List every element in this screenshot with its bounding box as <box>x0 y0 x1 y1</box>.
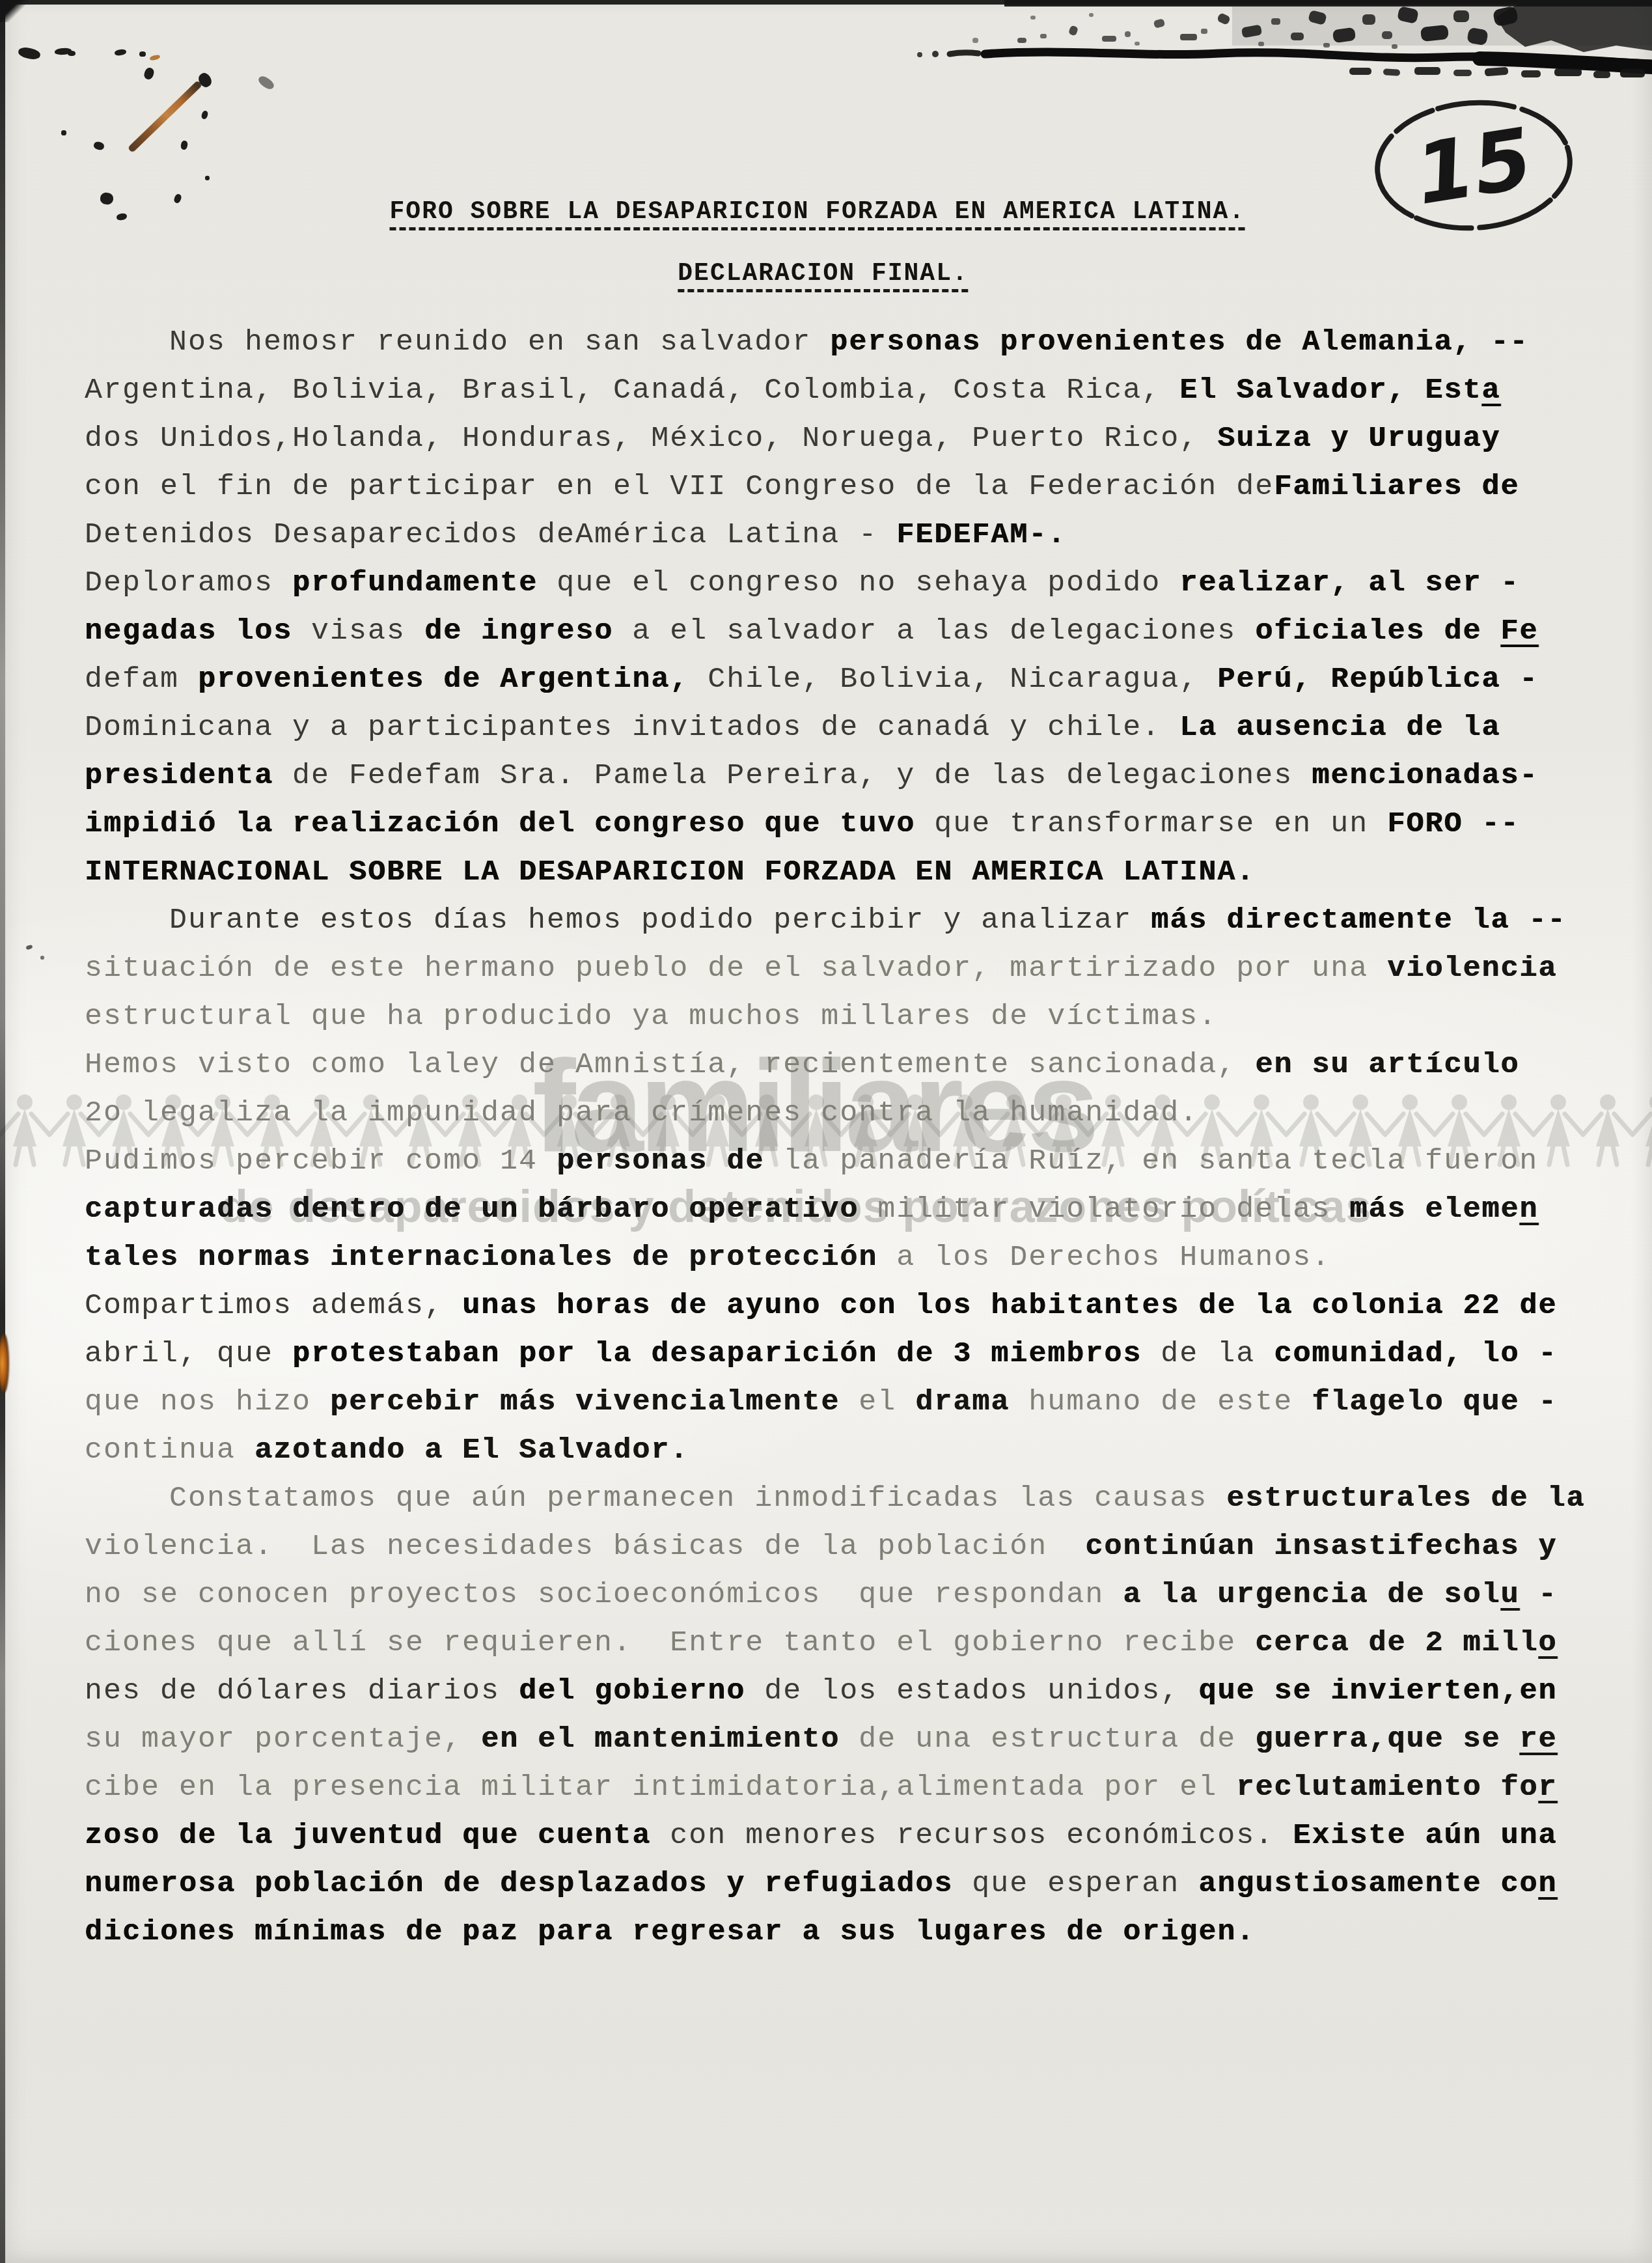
bold-text-segment: n <box>1519 1193 1538 1226</box>
page-number-circled: 15 <box>1353 86 1600 249</box>
document-line: defam provenientes de Argentina, Chile, … <box>85 656 1585 704</box>
text-segment: a el salvador a las delegaciones <box>613 615 1255 648</box>
document-line: Deploramos profundamente que el congreso… <box>85 559 1585 607</box>
ink-speck <box>139 51 146 57</box>
text-segment: Detenidos Desaparecidos deAmérica Latina… <box>85 518 896 551</box>
text-segment: ciones que allí se requieren. Entre tant… <box>85 1626 1255 1659</box>
text-segment: cibe en la presencia militar intimidator… <box>85 1771 1236 1804</box>
text-segment: abril, que <box>85 1337 292 1370</box>
document-line: situación de este hermano pueblo de el s… <box>85 945 1585 993</box>
document-subtitle: DECLARACION FINAL. <box>678 260 968 288</box>
bold-text-segment: más eleme <box>1349 1193 1519 1226</box>
bold-text-segment: re <box>1519 1723 1557 1756</box>
bold-text-segment: a la urgencia de sol <box>1123 1578 1500 1611</box>
text-segment: estructural que ha producido ya muchos m… <box>85 1000 1217 1033</box>
bold-text-segment: drama <box>915 1385 1010 1419</box>
document-line: nes de dólares diarios del gobierno de l… <box>85 1667 1585 1715</box>
bold-text-segment: zoso de la juventud que cuenta <box>85 1819 651 1852</box>
bold-text-segment: profundamente <box>292 566 538 600</box>
bold-text-segment: u <box>1500 1578 1519 1611</box>
document-line: Nos hemosr reunido en san salvador perso… <box>85 318 1585 367</box>
text-segment: que transformarse en un <box>915 807 1387 840</box>
document-line: su mayor porcentaje, en el mantenimiento… <box>85 1715 1585 1764</box>
text-segment: defam <box>85 663 198 696</box>
bold-text-segment: realizar, al ser - <box>1179 566 1519 600</box>
document-line: INTERNACIONAL SOBRE LA DESAPARICION FORZ… <box>85 848 1585 896</box>
bold-text-segment: FEDEFAM-. <box>896 518 1066 551</box>
text-segment: Dominicana y a participantes invitados d… <box>85 711 1179 744</box>
bold-text-segment: Familiares de <box>1274 470 1519 503</box>
scan-edge-left <box>0 0 5 2263</box>
text-segment: que nos hizo <box>85 1385 330 1419</box>
text-segment: violencia. Las necesidades básicas de la… <box>85 1530 1085 1563</box>
text-segment: Pudimos percebir como 14 <box>85 1145 557 1178</box>
text-segment: Hemos visto como laley de Amnistía, reci… <box>85 1048 1255 1081</box>
text-segment: visas <box>292 615 424 648</box>
document-line: Hemos visto como laley de Amnistía, reci… <box>85 1041 1585 1089</box>
text-segment: dos Unidos,Holanda, Honduras, México, No… <box>85 422 1217 455</box>
bold-text-segment: unas horas de ayuno con los habitantes d… <box>462 1289 1557 1322</box>
scan-corner-wedge <box>0 0 30 22</box>
bold-text-segment: oficiales de <box>1255 615 1500 648</box>
bold-text-segment: que se invierten,en <box>1198 1674 1557 1708</box>
document-title: FORO SOBRE LA DESAPARICION FORZADA EN AM… <box>390 198 1246 226</box>
bold-text-segment: personas de <box>557 1145 764 1178</box>
bold-text-segment: guerra,que se <box>1255 1723 1519 1756</box>
ink-speck <box>40 956 44 960</box>
document-line: Argentina, Bolivia, Brasil, Canadá, Colo… <box>85 367 1585 415</box>
text-segment: Constatamos que aún permanecen inmodific… <box>169 1482 1226 1515</box>
bold-text-segment: n <box>1538 1867 1557 1900</box>
bold-text-segment: INTERNACIONAL SOBRE LA DESAPARICION FORZ… <box>85 855 1255 889</box>
text-segment: 2o legaliza la impunidad para crímenes c… <box>85 1096 1198 1130</box>
bold-text-segment: en el mantenimiento <box>481 1723 840 1756</box>
document-line: capturadas dentro de un bárbaro operativ… <box>85 1186 1585 1234</box>
text-segment: con el fin de participar en el VII Congr… <box>85 470 1274 503</box>
text-segment: Compartimos además, <box>85 1289 462 1322</box>
text-segment: continua <box>85 1434 255 1467</box>
text-segment: militar violatorio delas <box>859 1193 1349 1226</box>
text-segment: situación de este hermano pueblo de el s… <box>85 952 1387 985</box>
document-line: zoso de la juventud que cuenta con menor… <box>85 1812 1585 1860</box>
text-segment: que el congreso no sehaya podido <box>538 566 1179 600</box>
text-segment: de los estados unidos, <box>745 1674 1198 1708</box>
text-segment: de Fedefam Sra. Pamela Pereira, y de las… <box>273 759 1312 792</box>
text-segment: Durante estos días hemos podido percibir… <box>169 904 1151 937</box>
document-line: Constatamos que aún permanecen inmodific… <box>85 1475 1585 1523</box>
text-segment: a los Derechos Humanos. <box>877 1241 1330 1274</box>
bold-text-segment: en su artículo <box>1255 1048 1519 1081</box>
text-segment: el <box>840 1385 915 1419</box>
bold-text-segment: FORO -- <box>1387 807 1519 840</box>
document-content: FORO SOBRE LA DESAPARICION FORZADA EN AM… <box>0 0 1652 2263</box>
document-line: impidió la realización del congreso que … <box>85 800 1585 848</box>
document-line: estructural que ha producido ya muchos m… <box>85 993 1585 1041</box>
text-segment: con menores recursos económicos. <box>651 1819 1293 1852</box>
ink-speck <box>61 130 66 135</box>
bold-text-segment: Existe aún una <box>1293 1819 1557 1852</box>
bold-text-segment: provenientes de Argentina, <box>198 663 689 696</box>
text-segment: de la <box>1142 1337 1274 1370</box>
bold-text-segment: violencia <box>1387 952 1557 985</box>
bold-text-segment: reclutamiento fo <box>1236 1771 1538 1804</box>
text-segment: Nos hemosr reunido en san salvador <box>169 326 830 359</box>
scanned-document-page: familiares de desaparecidos y detenidos … <box>0 0 1652 2263</box>
document-line: 2o legaliza la impunidad para crímenes c… <box>85 1089 1585 1137</box>
document-line: Durante estos días hemos podido percibir… <box>85 896 1585 945</box>
bold-text-segment: protestaban por la desaparición de 3 mie… <box>292 1337 1142 1370</box>
scan-edge-top <box>0 0 1652 5</box>
text-segment: Deploramos <box>85 566 292 600</box>
text-segment: Chile, Bolivia, Nicaragua, <box>689 663 1217 696</box>
bold-text-segment: flagelo que - <box>1312 1385 1557 1419</box>
text-segment: que esperan <box>953 1867 1198 1900</box>
ink-speck <box>972 38 978 43</box>
bold-text-segment: r <box>1538 1771 1557 1804</box>
document-line: con el fin de participar en el VII Congr… <box>85 463 1585 511</box>
bold-text-segment: más directamente la -- <box>1151 904 1566 937</box>
text-segment: humano de este <box>1010 1385 1312 1419</box>
bold-text-segment: estructurales de la <box>1226 1482 1585 1515</box>
bold-text-segment: mencionadas- <box>1312 759 1538 792</box>
bold-text-segment: tales normas internacionales de protecci… <box>85 1241 877 1274</box>
bold-text-segment: La ausencia de la <box>1179 711 1500 744</box>
bold-text-segment: angustiosamente co <box>1198 1867 1538 1900</box>
bold-text-segment: azotando a El Salvador. <box>255 1434 689 1467</box>
ink-speck <box>68 51 76 56</box>
document-line: que nos hizo percebir más vivencialmente… <box>85 1378 1585 1426</box>
document-line: Compartimos además, unas horas de ayuno … <box>85 1282 1585 1330</box>
bold-text-segment: presidenta <box>85 759 273 792</box>
document-line: Detenidos Desaparecidos deAmérica Latina… <box>85 511 1585 559</box>
document-line: continua azotando a El Salvador. <box>85 1426 1585 1475</box>
document-line: numerosa población de desplazados y refu… <box>85 1860 1585 1908</box>
document-line: dos Unidos,Holanda, Honduras, México, No… <box>85 415 1585 463</box>
bold-text-segment: a <box>1481 374 1500 407</box>
bold-text-segment: percebir más vivencialmente <box>330 1385 840 1419</box>
bold-text-segment: diciones mínimas de paz para regresar a … <box>85 1915 1255 1949</box>
document-body: Nos hemosr reunido en san salvador perso… <box>85 318 1585 1956</box>
document-line: Dominicana y a participantes invitados d… <box>85 704 1585 752</box>
document-line: ciones que allí se requieren. Entre tant… <box>85 1619 1585 1667</box>
bold-text-segment: numerosa población de desplazados y refu… <box>85 1867 953 1900</box>
document-line: presidenta de Fedefam Sra. Pamela Pereir… <box>85 752 1585 800</box>
bold-text-segment: Suiza y Uruguay <box>1217 422 1500 455</box>
text-segment: no se conocen proyectos socioeconómicos … <box>85 1578 1123 1611</box>
document-line: tales normas internacionales de protecci… <box>85 1234 1585 1282</box>
text-segment: Argentina, Bolivia, Brasil, Canadá, Colo… <box>85 374 1179 407</box>
document-line: violencia. Las necesidades básicas de la… <box>85 1523 1585 1571</box>
page-number: 15 <box>1409 110 1539 224</box>
bold-text-segment: continúan insastifechas y <box>1085 1530 1557 1563</box>
text-segment: su mayor porcentaje, <box>85 1723 481 1756</box>
bold-text-segment: cerca de 2 mill <box>1255 1626 1538 1659</box>
bold-text-segment: capturadas dentro de un bárbaro operativ… <box>85 1193 859 1226</box>
bold-text-segment: del gobierno <box>519 1674 745 1708</box>
bold-text-segment: personas provenientes de Alemania, -- <box>830 326 1528 359</box>
text-segment: de una estructura de <box>840 1723 1255 1756</box>
bold-text-segment: Fe <box>1500 615 1538 648</box>
document-line: negadas los visas de ingreso a el salvad… <box>85 607 1585 656</box>
text-segment: la panadería Ruíz, en santa tecla fueron <box>764 1145 1538 1178</box>
bold-text-segment: - <box>1519 1578 1557 1611</box>
bold-text-segment: negadas los <box>85 615 292 648</box>
document-line: no se conocen proyectos socioeconómicos … <box>85 1571 1585 1619</box>
bold-text-segment: o <box>1538 1626 1557 1659</box>
document-line: Pudimos percebir como 14 personas de la … <box>85 1137 1585 1186</box>
text-segment: nes de dólares diarios <box>85 1674 519 1708</box>
bold-text-segment: impidió la realización del congreso que … <box>85 807 915 840</box>
document-line: abril, que protestaban por la desaparici… <box>85 1330 1585 1378</box>
bold-text-segment: de ingreso <box>424 615 613 648</box>
bold-text-segment: El Salvador, Est <box>1179 374 1481 407</box>
bold-text-segment: comunidad, lo - <box>1274 1337 1557 1370</box>
photocopy-toner-band <box>907 0 1652 88</box>
ink-speck <box>205 176 210 180</box>
document-line: cibe en la presencia militar intimidator… <box>85 1764 1585 1812</box>
bold-text-segment: Perú, República - <box>1217 663 1538 696</box>
document-line: diciones mínimas de paz para regresar a … <box>85 1908 1585 1956</box>
